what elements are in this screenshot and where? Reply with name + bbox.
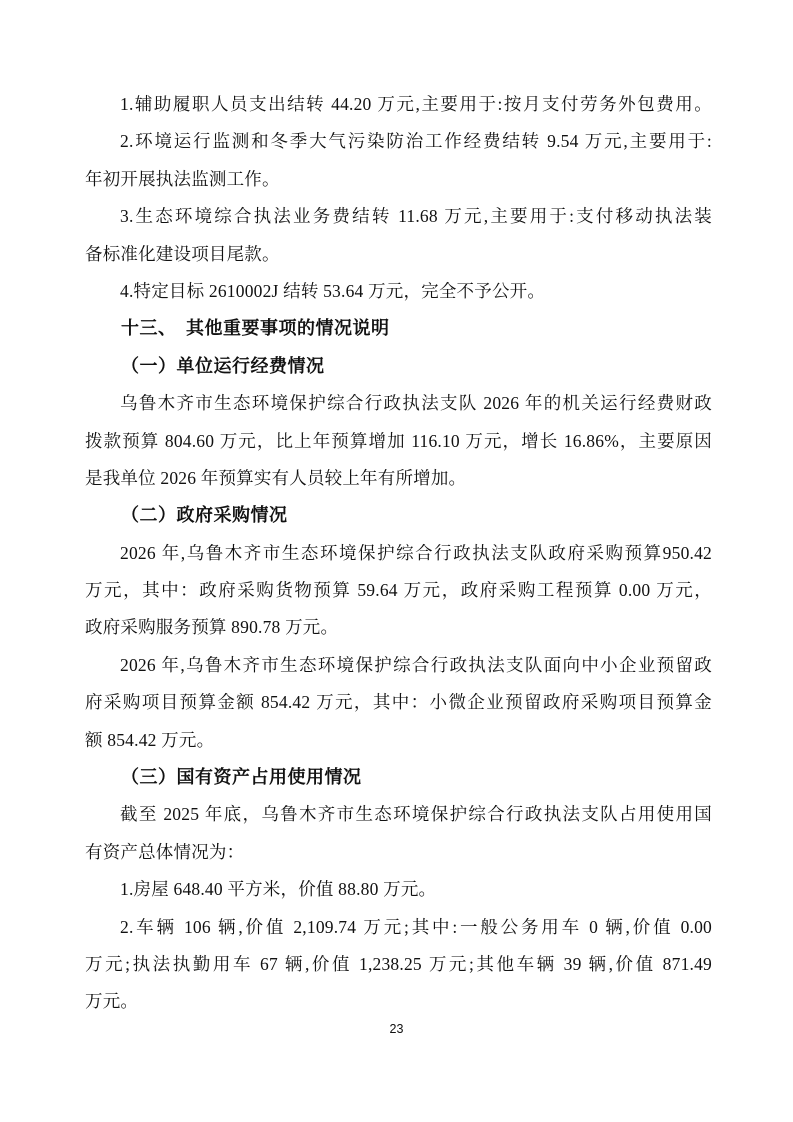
carryover-item-3-line: 备标准化建设项目尾款。 xyxy=(85,236,712,273)
document-page: 1.辅助履职人员支出结转 44.20 万元,主要用于:按月支付劳务外包费用。 2… xyxy=(0,0,793,1122)
procurement-para-1-line: 万元，其中：政府采购货物预算 59.64 万元，政府采购工程预算 0.00 万元… xyxy=(85,572,712,609)
carryover-item-4-line: 4.特定目标 2610002J 结转 53.64 万元，完全不予公开。 xyxy=(85,273,712,310)
operating-costs-line: 是我单位 2026 年预算实有人员较上年有所增加。 xyxy=(85,460,712,497)
procurement-para-2-line: 额 854.42 万元。 xyxy=(85,722,712,759)
carryover-item-2-line: 年初开展执法监测工作。 xyxy=(85,161,712,198)
carryover-item-2-line: 2.环境运行监测和冬季大气污染防治工作经费结转 9.54 万元,主要用于: xyxy=(85,123,712,160)
document-body: 1.辅助履职人员支出结转 44.20 万元,主要用于:按月支付劳务外包费用。 2… xyxy=(85,86,712,1021)
state-assets-item-2-line: 万元;执法执勤用车 67 辆,价值 1,238.25 万元;其他车辆 39 辆,… xyxy=(85,946,712,983)
subsection-1-heading: （一）单位运行经费情况 xyxy=(85,348,712,385)
operating-costs-line: 乌鲁木齐市生态环境保护综合行政执法支队 2026 年的机关运行经费财政 xyxy=(85,385,712,422)
state-assets-intro-line: 截至 2025 年底，乌鲁木齐市生态环境保护综合行政执法支队占用使用国 xyxy=(85,796,712,833)
carryover-item-3-line: 3.生态环境综合执法业务费结转 11.68 万元,主要用于:支付移动执法装 xyxy=(85,198,712,235)
procurement-para-2-line: 2026 年,乌鲁木齐市生态环境保护综合行政执法支队面向中小企业预留政 xyxy=(85,647,712,684)
subsection-2-heading: （二）政府采购情况 xyxy=(85,497,712,534)
procurement-para-1-line: 2026 年,乌鲁木齐市生态环境保护综合行政执法支队政府采购预算950.42 xyxy=(85,535,712,572)
subsection-3-heading: （三）国有资产占用使用情况 xyxy=(85,759,712,796)
state-assets-intro-line: 有资产总体情况为： xyxy=(85,834,712,871)
section-13-heading: 十三、 其他重要事项的情况说明 xyxy=(85,310,712,347)
procurement-para-2-line: 府采购项目预算金额 854.42 万元，其中：小微企业预留政府采购项目预算金 xyxy=(85,684,712,721)
operating-costs-line: 拨款预算 804.60 万元，比上年预算增加 116.10 万元，增长 16.8… xyxy=(85,423,712,460)
state-assets-item-2-line: 2.车辆 106 辆,价值 2,109.74 万元;其中:一般公务用车 0 辆,… xyxy=(85,909,712,946)
carryover-item-1-line: 1.辅助履职人员支出结转 44.20 万元,主要用于:按月支付劳务外包费用。 xyxy=(85,86,712,123)
state-assets-item-2-line: 万元。 xyxy=(85,983,712,1020)
state-assets-item-1-line: 1.房屋 648.40 平方米，价值 88.80 万元。 xyxy=(85,871,712,908)
page-number: 23 xyxy=(0,1022,793,1036)
procurement-para-1-line: 政府采购服务预算 890.78 万元。 xyxy=(85,609,712,646)
